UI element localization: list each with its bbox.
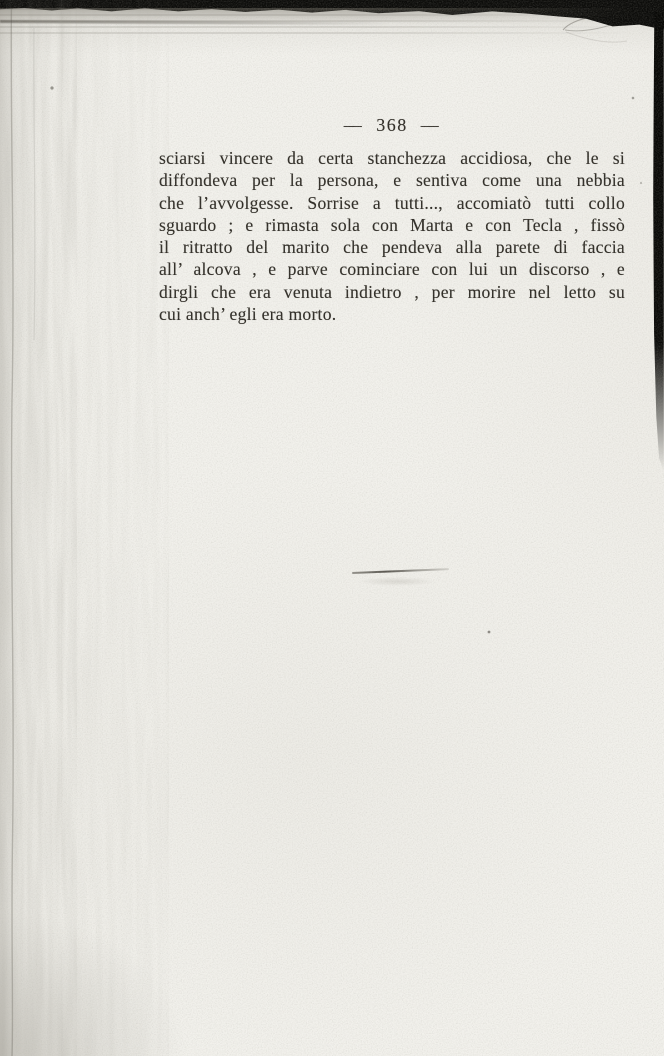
text-line: dirgli che era venuta indietro , per mor…: [159, 281, 625, 303]
scanned-book-page: — 368 — sciarsi vincere da certa stanche…: [0, 0, 664, 1056]
text-line: sciarsi vincere da certa stanchezza acci…: [159, 147, 625, 169]
text-line: cui anch’ egli era morto.: [159, 303, 625, 325]
text-line: che l’avvolgesse. Sorrise a tutti..., ac…: [159, 192, 625, 214]
text-line: il ritratto del marito che pendeva alla …: [159, 236, 625, 258]
divider-smudge: [358, 577, 436, 586]
text-line: all’ alcova , e parve cominciare con lui…: [159, 258, 625, 280]
text-line: sguardo ; e rimasta sola con Marta e con…: [159, 214, 625, 236]
page-number-header: — 368 —: [159, 115, 625, 136]
text-line: diffondeva per la persona, e sentiva com…: [159, 169, 625, 191]
paragraph-block: sciarsi vincere da certa stanchezza acci…: [159, 147, 625, 325]
